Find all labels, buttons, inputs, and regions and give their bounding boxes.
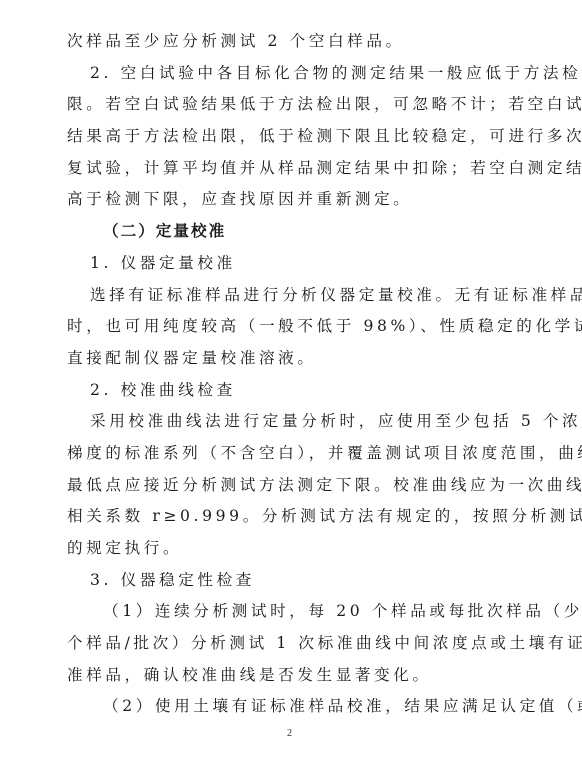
subsection-heading: 2. 校准曲线检查 [67,375,515,407]
paragraph-line: 次样品至少应分析测试 2 个空白样品。 [67,26,515,58]
paragraph-line: 结果高于方法检出限，低于检测下限且比较稳定，可进行多次重 [67,121,515,153]
paragraph-line: 选择有证标准样品进行分析仪器定量校准。无有证标准样品 [67,280,515,312]
document-page: 次样品至少应分析测试 2 个空白样品。 2. 空白试验中各目标化合物的测定结果一… [0,0,582,759]
paragraph-line: 准样品，确认校准曲线是否发生显著变化。 [67,660,515,692]
body-text: 次样品至少应分析测试 2 个空白样品。 2. 空白试验中各目标化合物的测定结果一… [67,26,515,723]
paragraph-line: 限。若空白试验结果低于方法检出限，可忽略不计；若空白试验 [67,89,515,121]
paragraph-line: 个样品/批次）分析测试 1 次标准曲线中间浓度点或土壤有证标 [67,628,515,660]
paragraph-line: （1）连续分析测试时，每 20 个样品或每批次样品（少于 20 [67,596,515,628]
subsection-heading: 3. 仪器稳定性检查 [67,565,515,597]
paragraph-line: 时，也可用纯度较高（一般不低于 98%）、性质稳定的化学试剂 [67,311,515,343]
section-heading: （二）定量校准 [67,216,515,248]
paragraph-line: 2. 空白试验中各目标化合物的测定结果一般应低于方法检出 [67,58,515,90]
subsection-heading: 1. 仪器定量校准 [67,248,515,280]
paragraph-line: 复试验，计算平均值并从样品测定结果中扣除；若空白测定结果 [67,153,515,185]
paragraph-line: 最低点应接近分析测试方法测定下限。校准曲线应为一次曲线， [67,470,515,502]
paragraph-line: 直接配制仪器定量校准溶液。 [67,343,515,375]
paragraph-line: 梯度的标准系列（不含空白），并覆盖测试项目浓度范围，曲线 [67,438,515,470]
paragraph-line: 相关系数 r≥0.999。分析测试方法有规定的，按照分析测试方法 [67,501,515,533]
paragraph-line: 高于检测下限，应查找原因并重新测定。 [67,184,515,216]
paragraph-line: 的规定执行。 [67,533,515,565]
paragraph-line: 采用校准曲线法进行定量分析时，应使用至少包括 5 个浓度 [67,406,515,438]
paragraph-line: （2）使用土壤有证标准样品校准，结果应满足认定值（或 [67,691,515,723]
page-number: 2 [287,728,292,739]
